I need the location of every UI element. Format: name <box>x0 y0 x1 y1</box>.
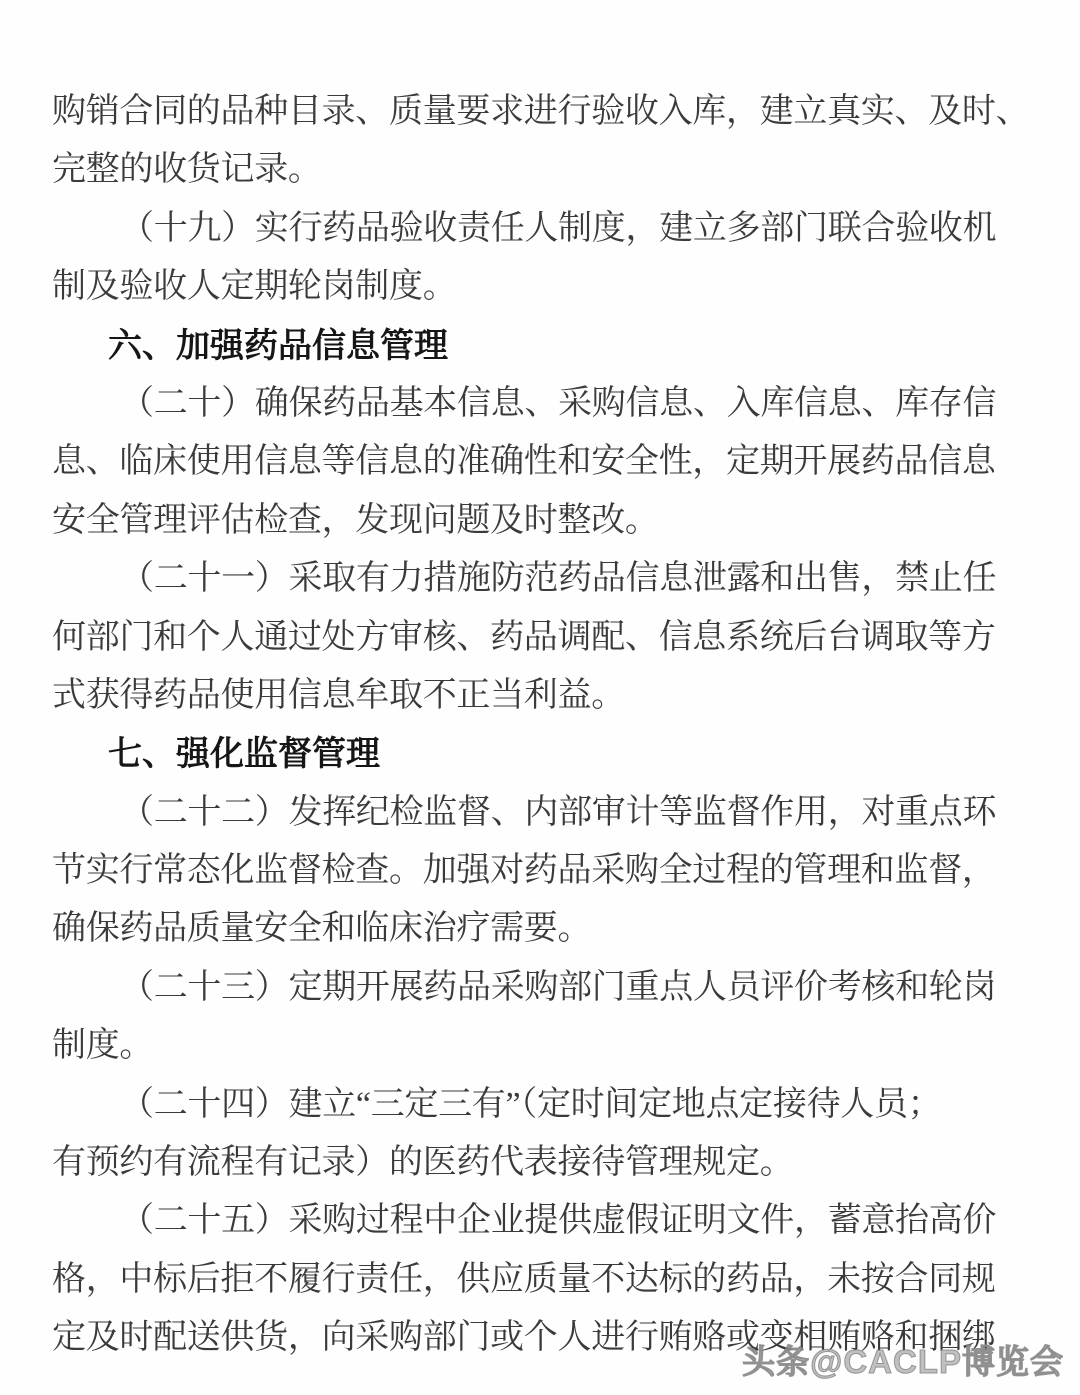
section-heading-7: 七、强化监督管理 <box>52 725 1032 783</box>
section-heading-text: 六、加强药品信息管理 <box>52 317 1032 375</box>
paragraph-item-19: （十九）实行药品验收责任人制度，建立多部门联合验收机 制及验收人定期轮岗制度。 <box>52 200 1032 317</box>
text-line: 制及验收人定期轮岗制度。 <box>52 258 1032 316</box>
text-line: 购销合同的品种目录、质量要求进行验收入库，建立真实、及时、 <box>52 83 1032 141</box>
text-line: 式获得药品使用信息牟取不正当利益。 <box>52 667 1032 725</box>
text-line: 安全管理评估检查，发现问题及时整改。 <box>52 492 1032 550</box>
paragraph-continuation: 购销合同的品种目录、质量要求进行验收入库，建立真实、及时、 完整的收货记录。 <box>52 83 1032 200</box>
paragraph-item-24: （二十四）建立“三定三有”（定时间定地点定接待人员； 有预约有流程有记录）的医药… <box>52 1076 1032 1193</box>
document-body: 购销合同的品种目录、质量要求进行验收入库，建立真实、及时、 完整的收货记录。 （… <box>52 83 1032 1368</box>
text-line: 确保药品质量安全和临床治疗需要。 <box>52 900 1032 958</box>
watermark: 头条@CACLP博览会 <box>742 1336 1064 1383</box>
text-line: 有预约有流程有记录）的医药代表接待管理规定。 <box>52 1134 1032 1192</box>
text-line: （二十一）采取有力措施防范药品信息泄露和出售，禁止任 <box>52 550 1032 608</box>
paragraph-item-23: （二十三）定期开展药品采购部门重点人员评价考核和轮岗 制度。 <box>52 959 1032 1076</box>
text-line: 息、临床使用信息等信息的准确性和安全性，定期开展药品信息 <box>52 433 1032 491</box>
text-line: 何部门和个人通过处方审核、药品调配、信息系统后台调取等方 <box>52 609 1032 667</box>
text-line: 格，中标后拒不履行责任，供应质量不达标的药品，未按合同规 <box>52 1251 1032 1309</box>
paragraph-item-20: （二十）确保药品基本信息、采购信息、入库信息、库存信 息、临床使用信息等信息的准… <box>52 375 1032 550</box>
document-page: 购销合同的品种目录、质量要求进行验收入库，建立真实、及时、 完整的收货记录。 （… <box>0 0 1080 1395</box>
section-heading-6: 六、加强药品信息管理 <box>52 317 1032 375</box>
text-line: 完整的收货记录。 <box>52 141 1032 199</box>
text-line: 制度。 <box>52 1017 1032 1075</box>
text-line: 节实行常态化监督检查。加强对药品采购全过程的管理和监督， <box>52 842 1032 900</box>
text-line: （十九）实行药品验收责任人制度，建立多部门联合验收机 <box>52 200 1032 258</box>
text-line: （二十三）定期开展药品采购部门重点人员评价考核和轮岗 <box>52 959 1032 1017</box>
text-line: （二十四）建立“三定三有”（定时间定地点定接待人员； <box>52 1076 1032 1134</box>
paragraph-item-21: （二十一）采取有力措施防范药品信息泄露和出售，禁止任 何部门和个人通过处方审核、… <box>52 550 1032 725</box>
paragraph-item-22: （二十二）发挥纪检监督、内部审计等监督作用，对重点环 节实行常态化监督检查。加强… <box>52 784 1032 959</box>
text-line: （二十二）发挥纪检监督、内部审计等监督作用，对重点环 <box>52 784 1032 842</box>
text-line: （二十五）采购过程中企业提供虚假证明文件，蓄意抬高价 <box>52 1192 1032 1250</box>
text-line: （二十）确保药品基本信息、采购信息、入库信息、库存信 <box>52 375 1032 433</box>
section-heading-text: 七、强化监督管理 <box>52 725 1032 783</box>
